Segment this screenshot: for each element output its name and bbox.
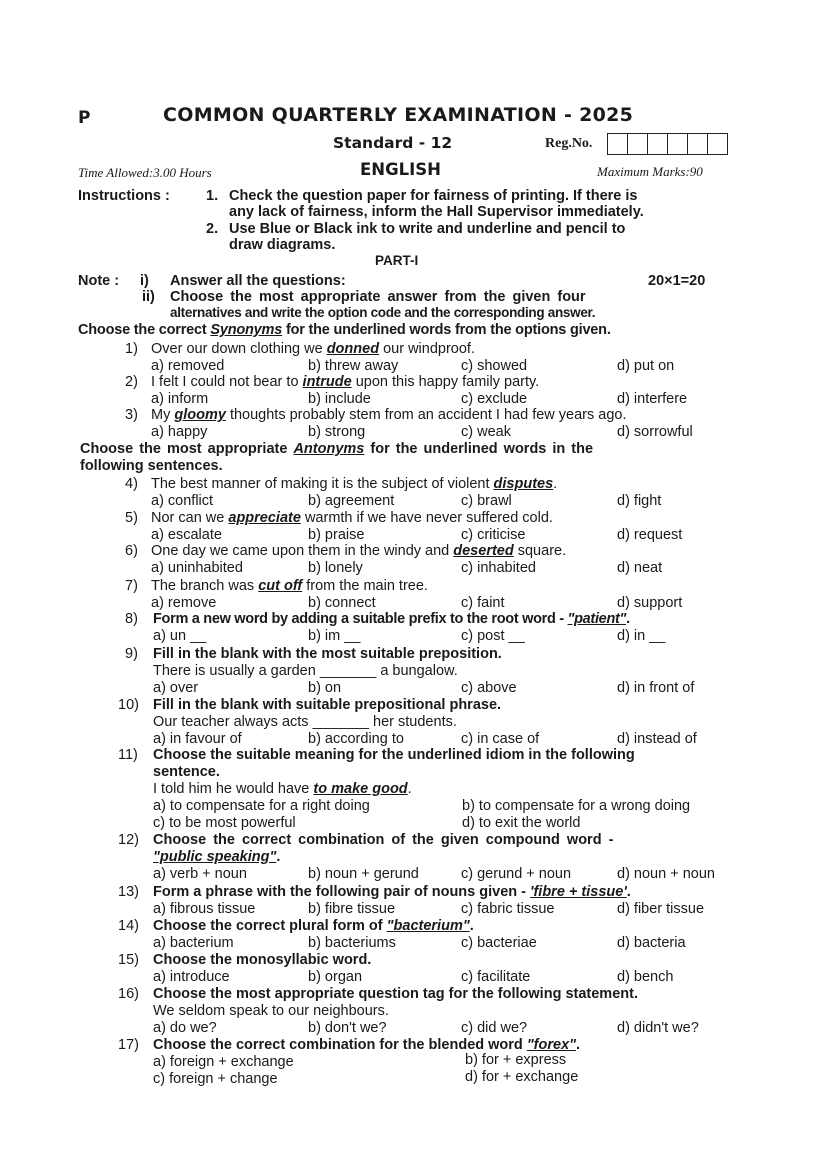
question-line: Choose the monosyllabic word. xyxy=(153,952,371,968)
question-number: 4) xyxy=(125,476,138,492)
option-c[interactable]: c) did we? xyxy=(461,1020,527,1036)
question-line: One day we came upon them in the windy a… xyxy=(151,543,566,559)
option-d[interactable]: d) noun + noun xyxy=(617,866,715,882)
underlined-word: appreciate xyxy=(228,510,301,526)
question-keyword-line: "public speaking". xyxy=(153,849,280,865)
underlined-word: gloomy xyxy=(174,407,226,423)
option-a[interactable]: a) happy xyxy=(151,424,207,440)
question-line: Over our down clothing we donned our win… xyxy=(151,341,475,357)
option-a[interactable]: a) removed xyxy=(151,358,224,374)
synonyms-keyword: Synonyms xyxy=(210,322,282,338)
option-a[interactable]: a) bacterium xyxy=(153,935,234,951)
option-c[interactable]: c) inhabited xyxy=(461,560,536,576)
question-text: One day we came upon them in the windy a… xyxy=(151,543,453,559)
reg-no-box[interactable] xyxy=(668,133,688,155)
question-sentence: Our teacher always acts _______ her stud… xyxy=(153,714,457,730)
antonyms-heading-pre: Choose the most appropriate xyxy=(80,441,293,457)
option-a[interactable]: a) remove xyxy=(151,595,216,611)
option-a[interactable]: a) foreign + exchange xyxy=(153,1054,294,1070)
underlined-word: "public speaking" xyxy=(153,849,276,865)
question-line: sentence. xyxy=(153,764,220,780)
underlined-word: "forex" xyxy=(527,1037,576,1053)
option-c[interactable]: c) brawl xyxy=(461,493,512,509)
question-number: 3) xyxy=(125,407,138,423)
reg-no-box[interactable] xyxy=(648,133,668,155)
question-line: Choose the correct combination of the gi… xyxy=(153,832,613,848)
maximum-marks: Maximum Marks:90 xyxy=(597,164,703,180)
option-d[interactable]: d) support xyxy=(617,595,682,611)
question-number: 5) xyxy=(125,510,138,526)
question-text-end: . xyxy=(408,781,412,797)
option-d[interactable]: d) neat xyxy=(617,560,662,576)
reg-no-box[interactable] xyxy=(607,133,628,155)
question-text-end: . xyxy=(576,1037,580,1053)
question-text: Over our down clothing we xyxy=(151,341,327,357)
option-d[interactable]: d) in front of xyxy=(617,680,694,696)
reg-no-boxes[interactable] xyxy=(607,133,728,155)
question-text: Form a phrase with the following pair of… xyxy=(153,884,530,900)
question-number: 9) xyxy=(125,646,138,662)
option-a[interactable]: a) to compensate for a right doing xyxy=(153,798,370,814)
question-text: Choose the correct plural form of xyxy=(153,918,387,934)
question-line: My gloomy thoughts probably stem from an… xyxy=(151,407,627,423)
question-text-end: . xyxy=(627,884,631,900)
instruction-1-line-2: any lack of fairness, inform the Hall Su… xyxy=(229,204,644,220)
note-label: Note : xyxy=(78,273,119,289)
antonyms-keyword: Antonyms xyxy=(293,441,364,457)
option-c[interactable]: c) exclude xyxy=(461,391,527,407)
note-2-line-1: Choose the most appropriate answer from … xyxy=(170,289,586,305)
question-text: Choose the correct combination for the b… xyxy=(153,1037,527,1053)
question-text: Form a new word by adding a suitable pre… xyxy=(153,611,568,627)
synonyms-heading: Choose the correct Synonyms for the unde… xyxy=(78,322,611,338)
question-sentence: There is usually a garden _______ a bung… xyxy=(153,663,458,679)
question-number: 8) xyxy=(125,611,138,627)
option-c[interactable]: c) fabric tissue xyxy=(461,901,554,917)
question-line: Form a new word by adding a suitable pre… xyxy=(153,611,630,627)
option-b[interactable]: b) for + express xyxy=(465,1052,566,1068)
synonyms-heading-pre: Choose the correct xyxy=(78,322,210,338)
option-c[interactable]: c) foreign + change xyxy=(153,1071,278,1087)
option-b[interactable]: b) according to xyxy=(308,731,404,747)
question-text-end: . xyxy=(553,476,557,492)
option-b[interactable]: b) on xyxy=(308,680,341,696)
option-d[interactable]: d) bench xyxy=(617,969,673,985)
option-b[interactable]: b) praise xyxy=(308,527,364,543)
option-a[interactable]: a) un __ xyxy=(153,628,206,644)
marks-allocation: 20×1=20 xyxy=(648,273,705,289)
question-number: 16) xyxy=(118,986,139,1002)
option-b[interactable]: b) strong xyxy=(308,424,365,440)
underlined-word: deserted xyxy=(453,543,513,559)
underlined-word: to make good xyxy=(313,781,407,797)
antonyms-heading-line-2: following sentences. xyxy=(80,458,223,474)
option-b[interactable]: b) im __ xyxy=(308,628,360,644)
instruction-2-line-2: draw diagrams. xyxy=(229,237,335,253)
question-text-end: . xyxy=(276,849,280,865)
option-b[interactable]: b) noun + gerund xyxy=(308,866,419,882)
instruction-2-line-1: Use Blue or Black ink to write and under… xyxy=(229,221,625,237)
underlined-word: disputes xyxy=(494,476,554,492)
option-c[interactable]: c) above xyxy=(461,680,517,696)
instruction-2-num: 2. xyxy=(206,221,218,237)
reg-no-box[interactable] xyxy=(708,133,728,155)
question-sentence: I told him he would have to make good. xyxy=(153,781,412,797)
paper-code: P xyxy=(78,108,90,128)
option-a[interactable]: a) do we? xyxy=(153,1020,217,1036)
option-b[interactable]: b) bacteriums xyxy=(308,935,396,951)
option-a[interactable]: a) introduce xyxy=(153,969,230,985)
option-b[interactable]: b) connect xyxy=(308,595,376,611)
option-c[interactable]: c) facilitate xyxy=(461,969,530,985)
option-a[interactable]: a) verb + noun xyxy=(153,866,247,882)
option-a[interactable]: a) in favour of xyxy=(153,731,242,747)
question-line: Fill in the blank with suitable preposit… xyxy=(153,697,501,713)
option-c[interactable]: c) gerund + noun xyxy=(461,866,571,882)
underlined-word: donned xyxy=(327,341,379,357)
reg-no-box[interactable] xyxy=(688,133,708,155)
standard-label: Standard - 12 xyxy=(333,134,452,152)
exam-title: COMMON QUARTERLY EXAMINATION - 2025 xyxy=(163,104,633,126)
question-number: 7) xyxy=(125,578,138,594)
question-number: 6) xyxy=(125,543,138,559)
question-number: 1) xyxy=(125,341,138,357)
question-line: Nor can we appreciate warmth if we have … xyxy=(151,510,553,526)
option-c[interactable]: c) to be most powerful xyxy=(153,815,296,831)
option-d[interactable]: d) in __ xyxy=(617,628,665,644)
underlined-word: "patient" xyxy=(568,611,627,627)
part-heading: PART-I xyxy=(375,253,418,268)
note-1-text: Answer all the questions: xyxy=(170,273,346,289)
option-c[interactable]: c) faint xyxy=(461,595,505,611)
question-line: Form a phrase with the following pair of… xyxy=(153,884,631,900)
question-text-end: our windproof. xyxy=(379,341,475,357)
option-c[interactable]: c) weak xyxy=(461,424,511,440)
option-b[interactable]: b) fibre tissue xyxy=(308,901,395,917)
option-c[interactable]: c) post __ xyxy=(461,628,525,644)
option-d[interactable]: d) request xyxy=(617,527,682,543)
note-1-num: i) xyxy=(140,273,149,289)
question-line: Fill in the blank with the most suitable… xyxy=(153,646,502,662)
option-a[interactable]: a) escalate xyxy=(151,527,222,543)
question-line: The best manner of making it is the subj… xyxy=(151,476,557,492)
question-text-end: from the main tree. xyxy=(302,578,428,594)
question-text-end: thoughts probably stem from an accident … xyxy=(226,407,627,423)
option-b[interactable]: b) lonely xyxy=(308,560,363,576)
option-b[interactable]: b) include xyxy=(308,391,371,407)
option-b[interactable]: b) don't we? xyxy=(308,1020,387,1036)
option-c[interactable]: c) bacteriae xyxy=(461,935,537,951)
underlined-word: "bacterium" xyxy=(387,918,470,934)
question-number: 13) xyxy=(118,884,139,900)
option-b[interactable]: b) threw away xyxy=(308,358,398,374)
option-a[interactable]: a) inform xyxy=(151,391,208,407)
time-allowed: Time Allowed:3.00 Hours xyxy=(78,165,212,181)
question-number: 11) xyxy=(118,747,138,763)
subject-title: ENGLISH xyxy=(360,160,441,179)
question-text-end: . xyxy=(626,611,630,627)
question-number: 15) xyxy=(118,952,139,968)
question-line: Choose the most appropriate question tag… xyxy=(153,986,638,1002)
instruction-1-num: 1. xyxy=(206,188,218,204)
underlined-word: cut off xyxy=(258,578,302,594)
option-d[interactable]: d) bacteria xyxy=(617,935,686,951)
option-c[interactable]: c) in case of xyxy=(461,731,539,747)
question-sentence: We seldom speak to our neighbours. xyxy=(153,1003,389,1019)
question-number: 14) xyxy=(118,918,139,934)
question-text: I told him he would have xyxy=(153,781,313,797)
option-d[interactable]: d) fight xyxy=(617,493,661,509)
option-a[interactable]: a) fibrous tissue xyxy=(153,901,255,917)
question-line: Choose the suitable meaning for the unde… xyxy=(153,747,635,763)
antonyms-heading: Choose the most appropriate Antonyms for… xyxy=(80,441,593,457)
option-b[interactable]: b) to compensate for a wrong doing xyxy=(462,798,690,814)
instructions-label: Instructions : xyxy=(78,188,170,204)
note-2-line-2: alternatives and write the option code a… xyxy=(170,305,595,320)
question-text-end: upon this happy family party. xyxy=(352,374,540,390)
underlined-word: intrude xyxy=(303,374,352,390)
question-number: 10) xyxy=(118,697,139,713)
question-text-end: square. xyxy=(514,543,566,559)
synonyms-heading-post: for the underlined words from the option… xyxy=(282,322,611,338)
question-text: I felt I could not bear to xyxy=(151,374,303,390)
option-d[interactable]: d) didn't we? xyxy=(617,1020,699,1036)
option-d[interactable]: d) for + exchange xyxy=(465,1069,578,1085)
option-b[interactable]: b) organ xyxy=(308,969,362,985)
underlined-word: 'fibre + tissue' xyxy=(530,884,627,900)
option-d[interactable]: d) fiber tissue xyxy=(617,901,704,917)
question-text: Nor can we xyxy=(151,510,228,526)
question-number: 2) xyxy=(125,374,138,390)
note-2-num: ii) xyxy=(142,289,155,305)
question-line: I felt I could not bear to intrude upon … xyxy=(151,374,539,390)
question-line: Choose the correct plural form of "bacte… xyxy=(153,918,474,934)
question-text: The branch was xyxy=(151,578,258,594)
instruction-1-line-1: Check the question paper for fairness of… xyxy=(229,188,637,204)
question-text-end: . xyxy=(470,918,474,934)
antonyms-heading-post: for the underlined words in the xyxy=(364,441,593,457)
option-a[interactable]: a) conflict xyxy=(151,493,213,509)
option-d[interactable]: d) sorrowful xyxy=(617,424,693,440)
question-number: 17) xyxy=(118,1037,139,1053)
option-b[interactable]: b) agreement xyxy=(308,493,394,509)
question-number: 12) xyxy=(118,832,139,848)
option-d[interactable]: d) put on xyxy=(617,358,674,374)
question-text: My xyxy=(151,407,174,423)
reg-no-box[interactable] xyxy=(628,133,648,155)
question-text: The best manner of making it is the subj… xyxy=(151,476,494,492)
option-a[interactable]: a) uninhabited xyxy=(151,560,243,576)
question-text-end: warmth if we have never suffered cold. xyxy=(301,510,553,526)
option-d[interactable]: d) interfere xyxy=(617,391,687,407)
option-d[interactable]: d) to exit the world xyxy=(462,815,580,831)
option-a[interactable]: a) over xyxy=(153,680,198,696)
option-d[interactable]: d) instead of xyxy=(617,731,697,747)
question-line: Choose the correct combination for the b… xyxy=(153,1037,580,1053)
reg-no-label: Reg.No. xyxy=(545,136,592,152)
question-line: The branch was cut off from the main tre… xyxy=(151,578,428,594)
option-c[interactable]: c) showed xyxy=(461,358,527,374)
option-c[interactable]: c) criticise xyxy=(461,527,525,543)
